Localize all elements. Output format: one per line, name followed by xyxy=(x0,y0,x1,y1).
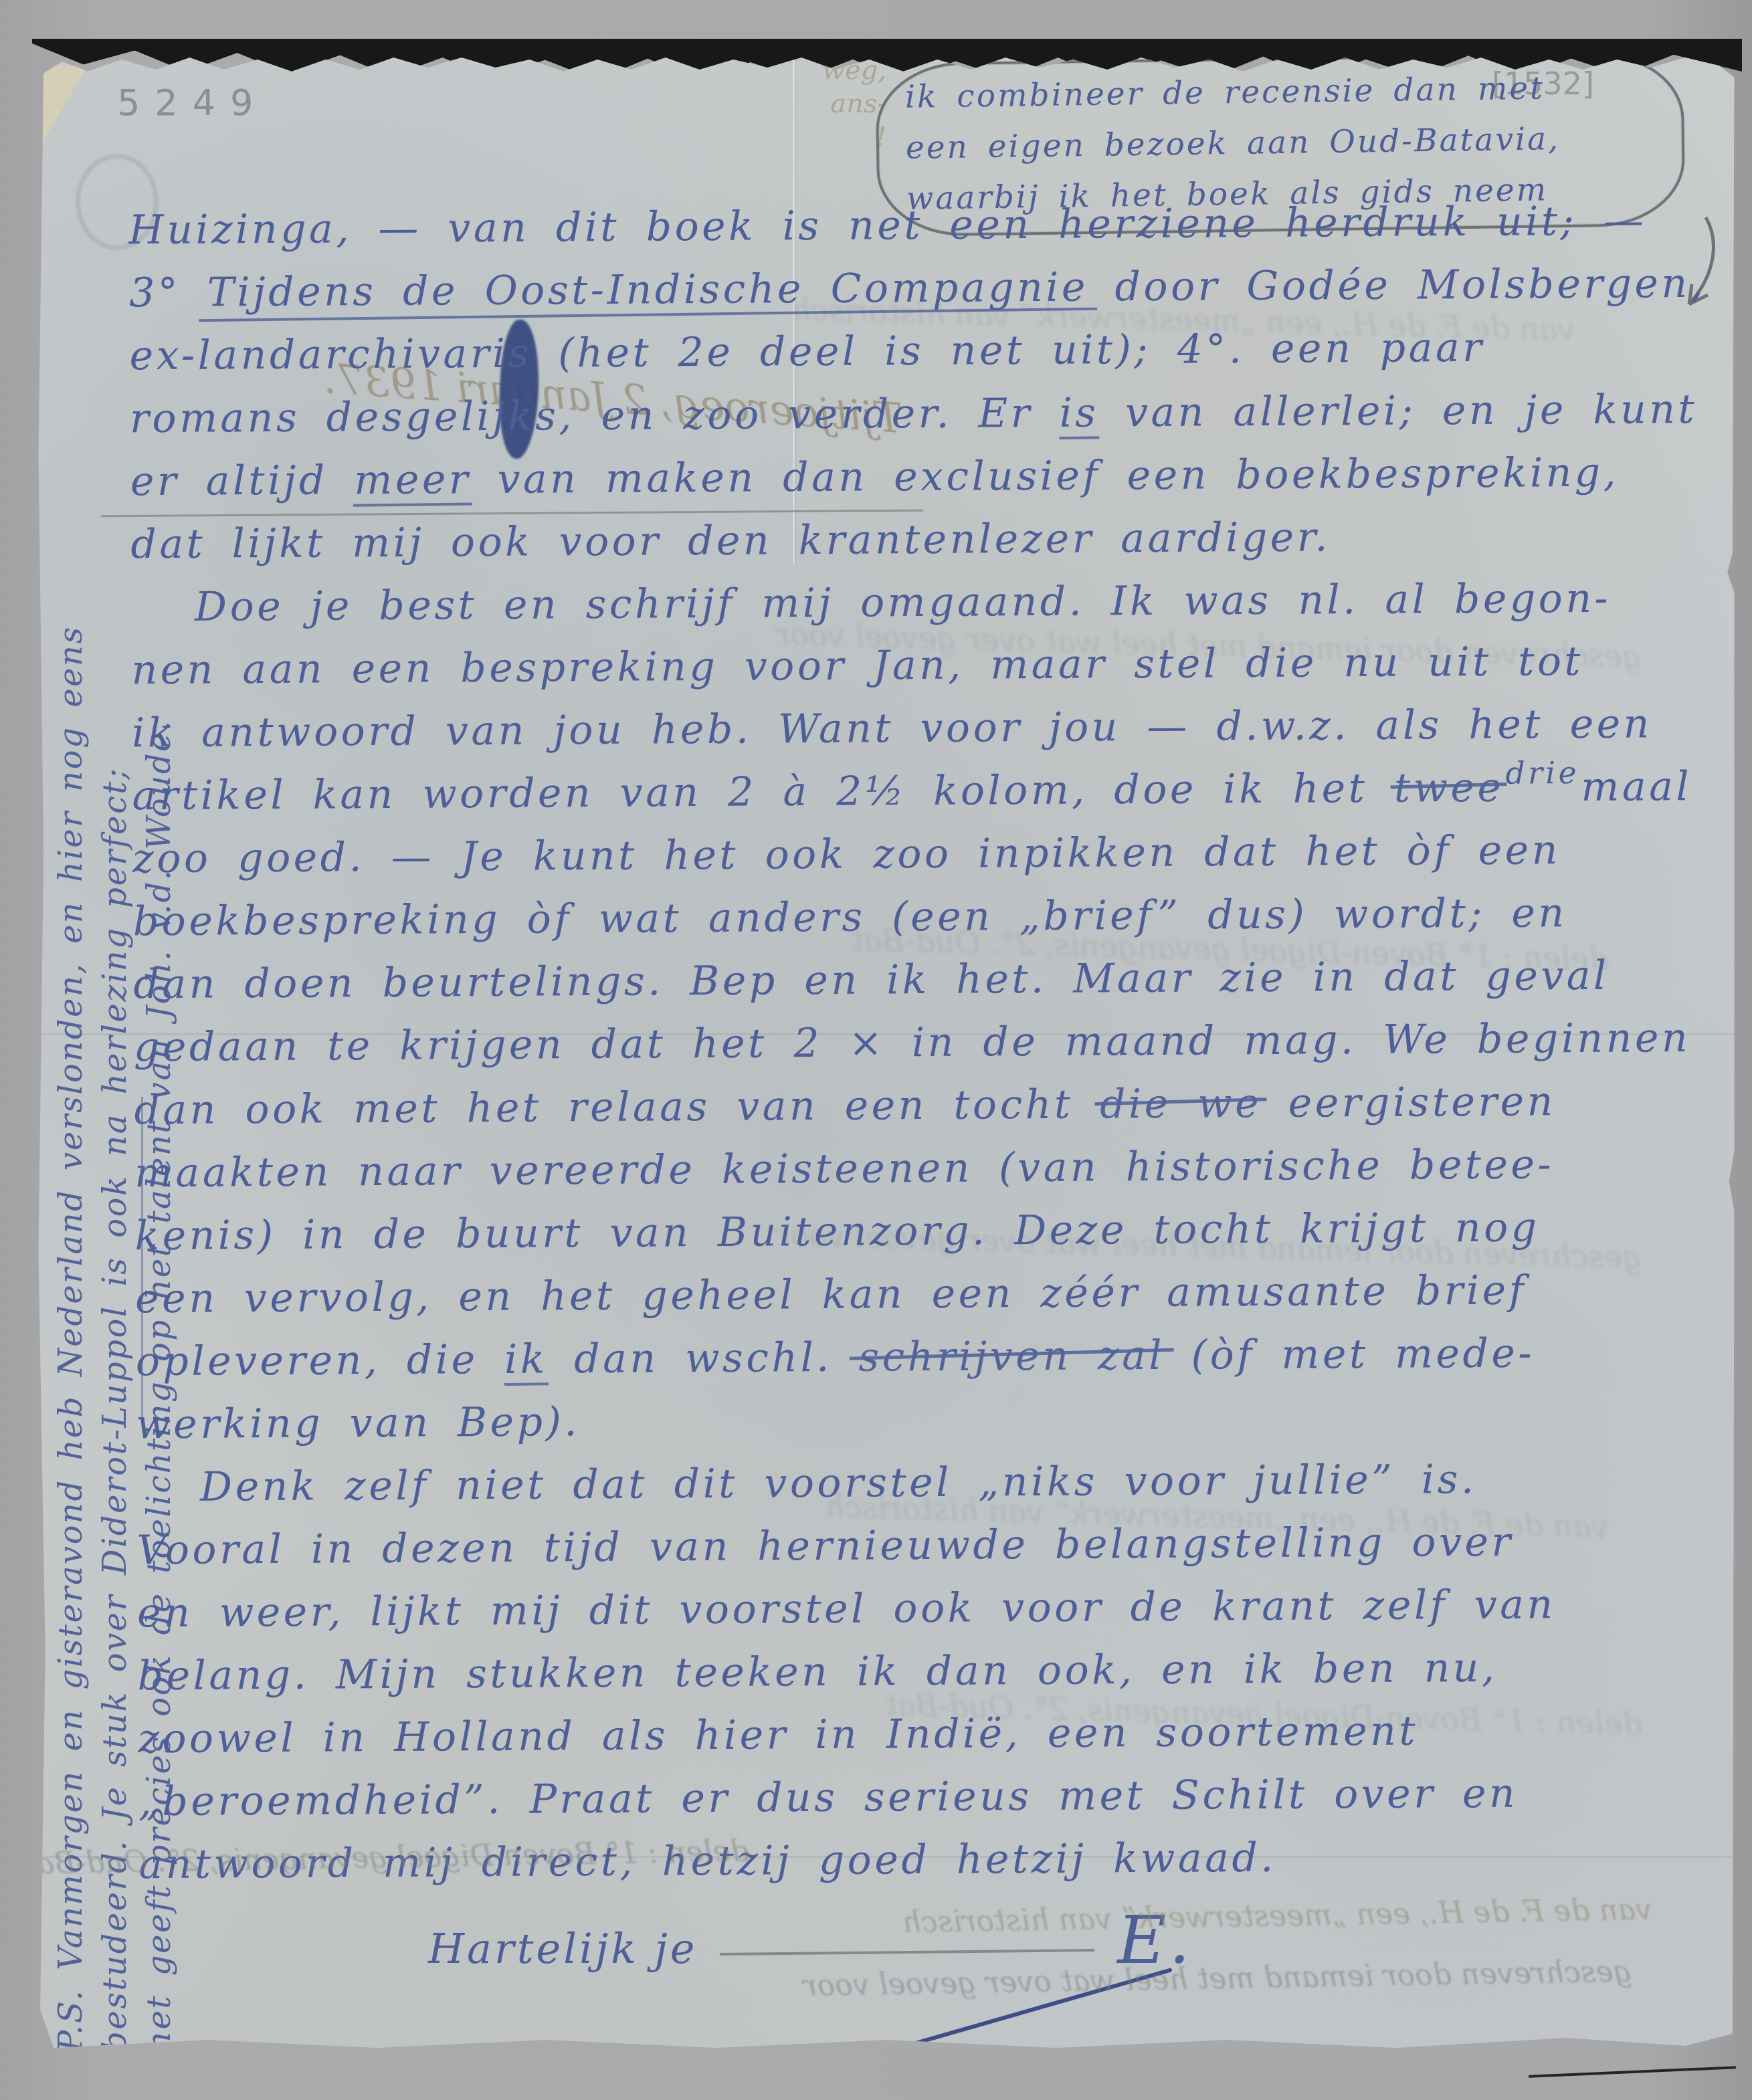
handwriting-line: artikel kan worden van 2 à 2½ kolom, doe… xyxy=(132,763,1725,836)
handwriting-line: 3° Tijdens de Oost-Indische Compagnie do… xyxy=(129,260,1722,333)
handwriting-line: kenis) in de buurt van Buitenzorg. Deze … xyxy=(134,1203,1727,1276)
handwriting-line: nen aan een bespreking voor Jan, maar st… xyxy=(131,637,1724,710)
margin-ps-line: P.S. Vanmorgen en gisteravond heb Nederl… xyxy=(49,216,93,2052)
margin-ps-underline xyxy=(141,1097,143,1418)
corner-fold xyxy=(37,66,88,152)
scan-background: { "document": { "archive_number": "5249"… xyxy=(0,0,1752,2100)
handwriting-line: opleveren, die ik dan wschl. schrijven z… xyxy=(136,1329,1729,1402)
handwriting-line: en weer, lijkt mij dit voorstel ook voor… xyxy=(137,1580,1730,1653)
handwriting-line: een vervolg, en het geheel kan een zéér … xyxy=(135,1266,1728,1339)
bleedthrough-fragments: weg, ans- ! xyxy=(733,54,886,154)
letter-page: 5249 [1532] weg, ans- ! ik combineer de … xyxy=(37,54,1736,2050)
handwriting-line: boekbespreking òf wat anders (een „brief… xyxy=(133,889,1726,962)
handwriting-line: ex-landarchivaris (het 2e deel is net ui… xyxy=(129,323,1722,396)
handwriting-line: Huizinga, — van dit boek is net een herz… xyxy=(128,197,1721,270)
letter-body: Huizinga, — van dit boek is net een herz… xyxy=(128,197,1731,1904)
handwriting-line: werking van Bep). xyxy=(136,1392,1729,1465)
margin-ps-line: het geeft precies ook de toelichting op … xyxy=(137,216,181,2052)
handwriting-line: Vooral in dezen tijd van hernieuwde bela… xyxy=(136,1517,1729,1590)
handwriting-line: dan doen beurtelings. Bep en ik het. Maa… xyxy=(133,952,1726,1025)
scanner-artifact-line xyxy=(1529,2066,1736,2078)
handwriting-line: zoowel in Holland als hier in Indië, een… xyxy=(138,1706,1731,1779)
handwriting-line: Denk zelf niet dat dit voorstel „niks vo… xyxy=(136,1455,1729,1528)
handwriting-line: gedaan te krijgen dat het 2 × in de maan… xyxy=(134,1015,1727,1087)
handwriting-line: „beroemdheid”. Praat er dus serieus met … xyxy=(138,1769,1731,1842)
handwriting-line: maakten naar vereerde keisteenen (van hi… xyxy=(134,1140,1727,1213)
handwriting-line: Doe je best en schrijf mij omgaand. Ik w… xyxy=(131,574,1724,647)
handwriting-line: dat lijkt mij ook voor den krantenlezer … xyxy=(130,512,1723,585)
margin-postscript: P.S. Vanmorgen en gisteravond heb Nederl… xyxy=(49,216,181,2052)
handwriting-line: romans desgelijks, en zoo verder. Er is … xyxy=(130,386,1723,459)
margin-ps-line: bestudeerd. Je stuk over Diderot-Luppol … xyxy=(93,216,137,2052)
handwriting-line: zoo goed. — Je kunt het ook zoo inpikken… xyxy=(132,826,1725,899)
handwriting-line: ik antwoord van jou heb. Want voor jou —… xyxy=(132,700,1725,773)
handwriting-line: dan ook met het relaas van een tocht die… xyxy=(134,1077,1727,1150)
handwriting-line: er altijd meer van maken dan exclusief e… xyxy=(130,449,1723,522)
handwriting-line: belang. Mijn stukken teeken ik dan ook, … xyxy=(137,1643,1730,1716)
signature-dash-line xyxy=(720,1949,1094,1956)
archive-number-stamp: 5249 xyxy=(117,82,268,124)
